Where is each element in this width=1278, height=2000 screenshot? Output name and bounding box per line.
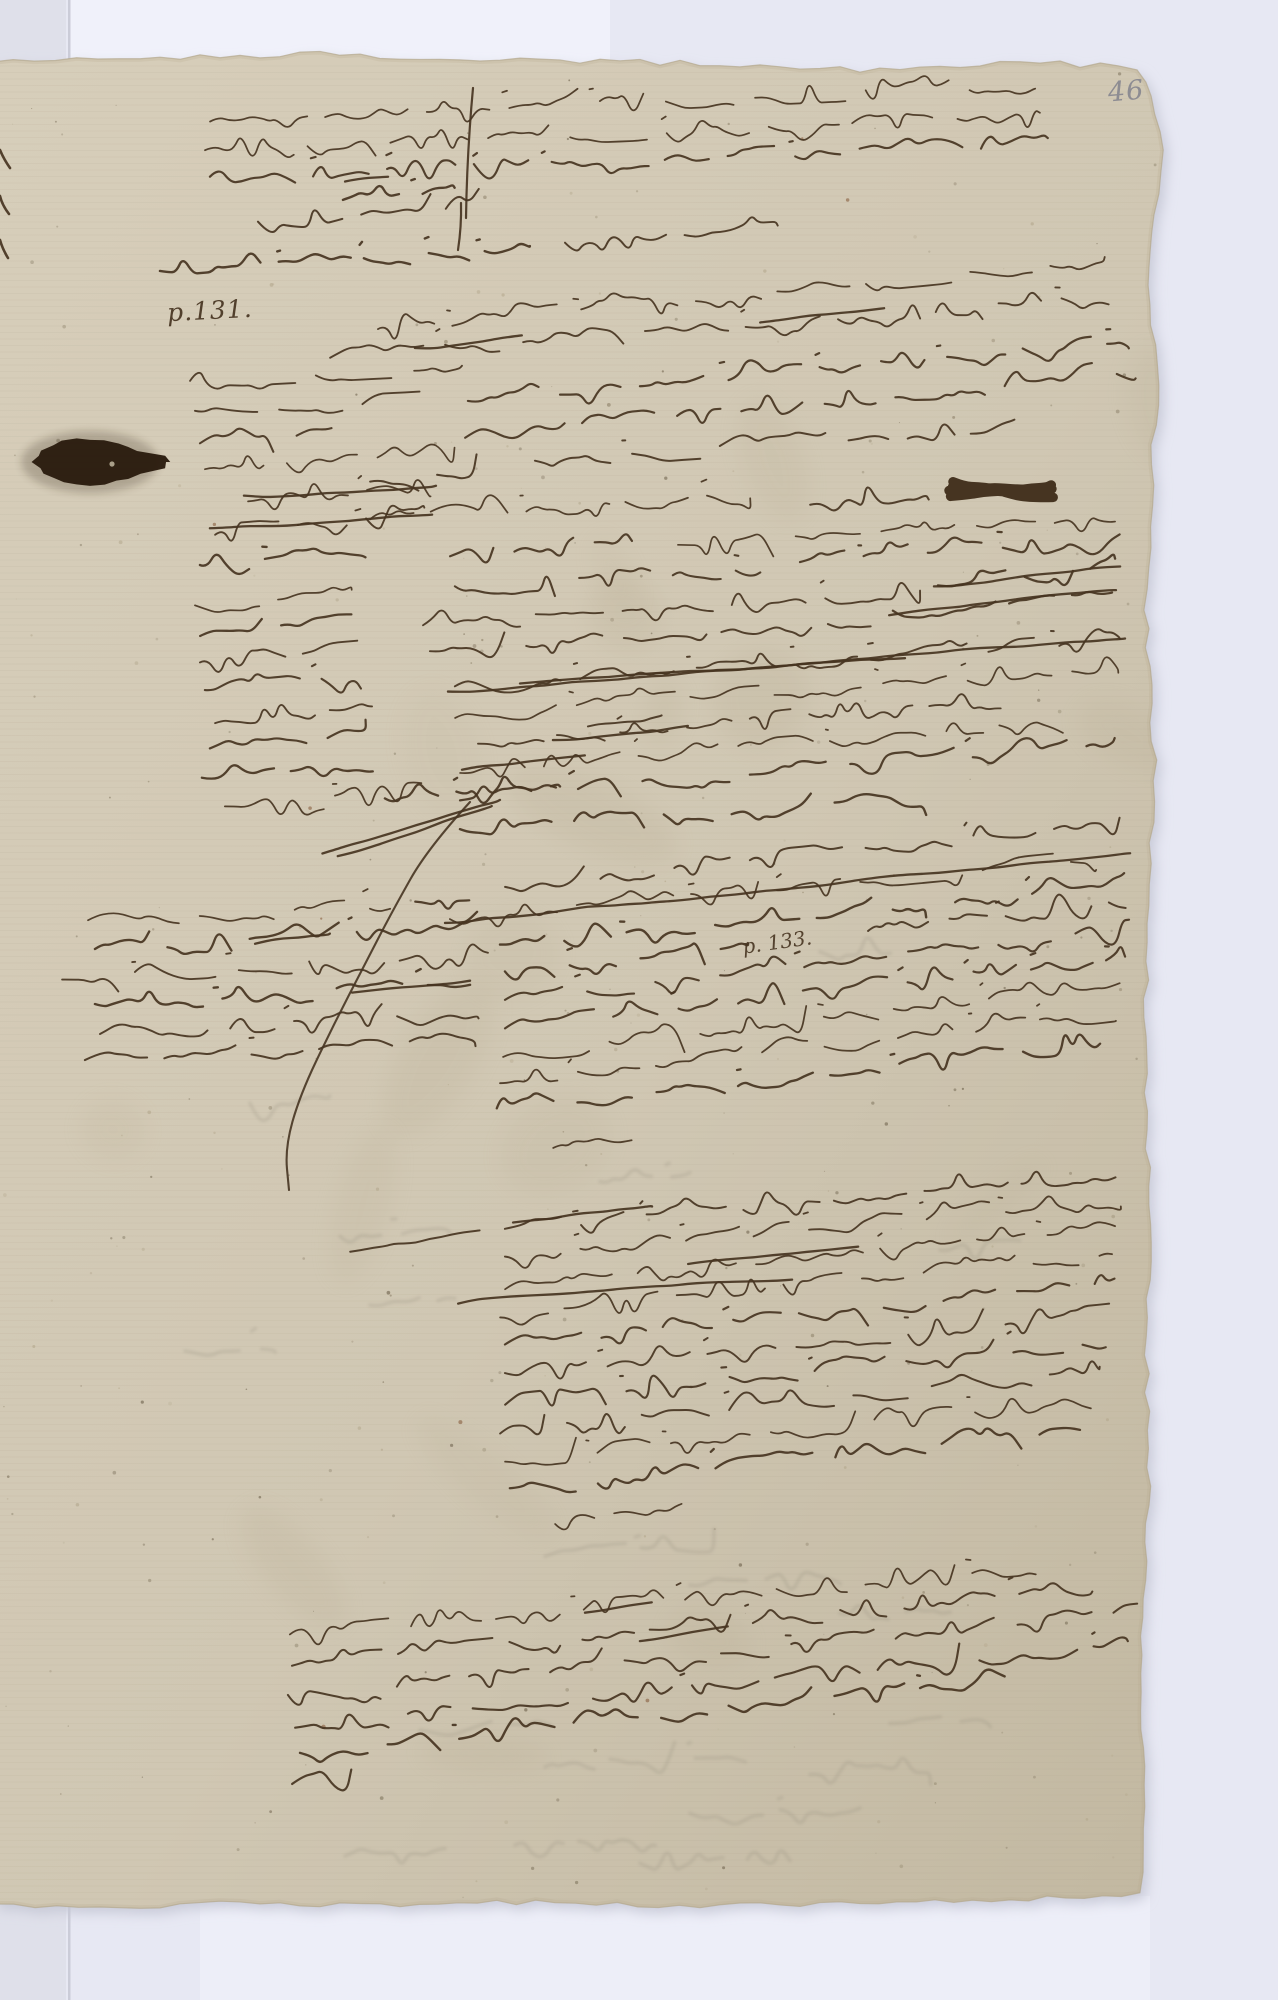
- margin-page-ref: p.131.: [166, 294, 253, 327]
- ink-blot-highlight: [109, 461, 114, 466]
- manuscript-scan: 46 p.131. p. 133.: [0, 0, 1278, 2000]
- page-number: 46: [1107, 74, 1146, 108]
- paper-sheet: [0, 51, 1163, 1908]
